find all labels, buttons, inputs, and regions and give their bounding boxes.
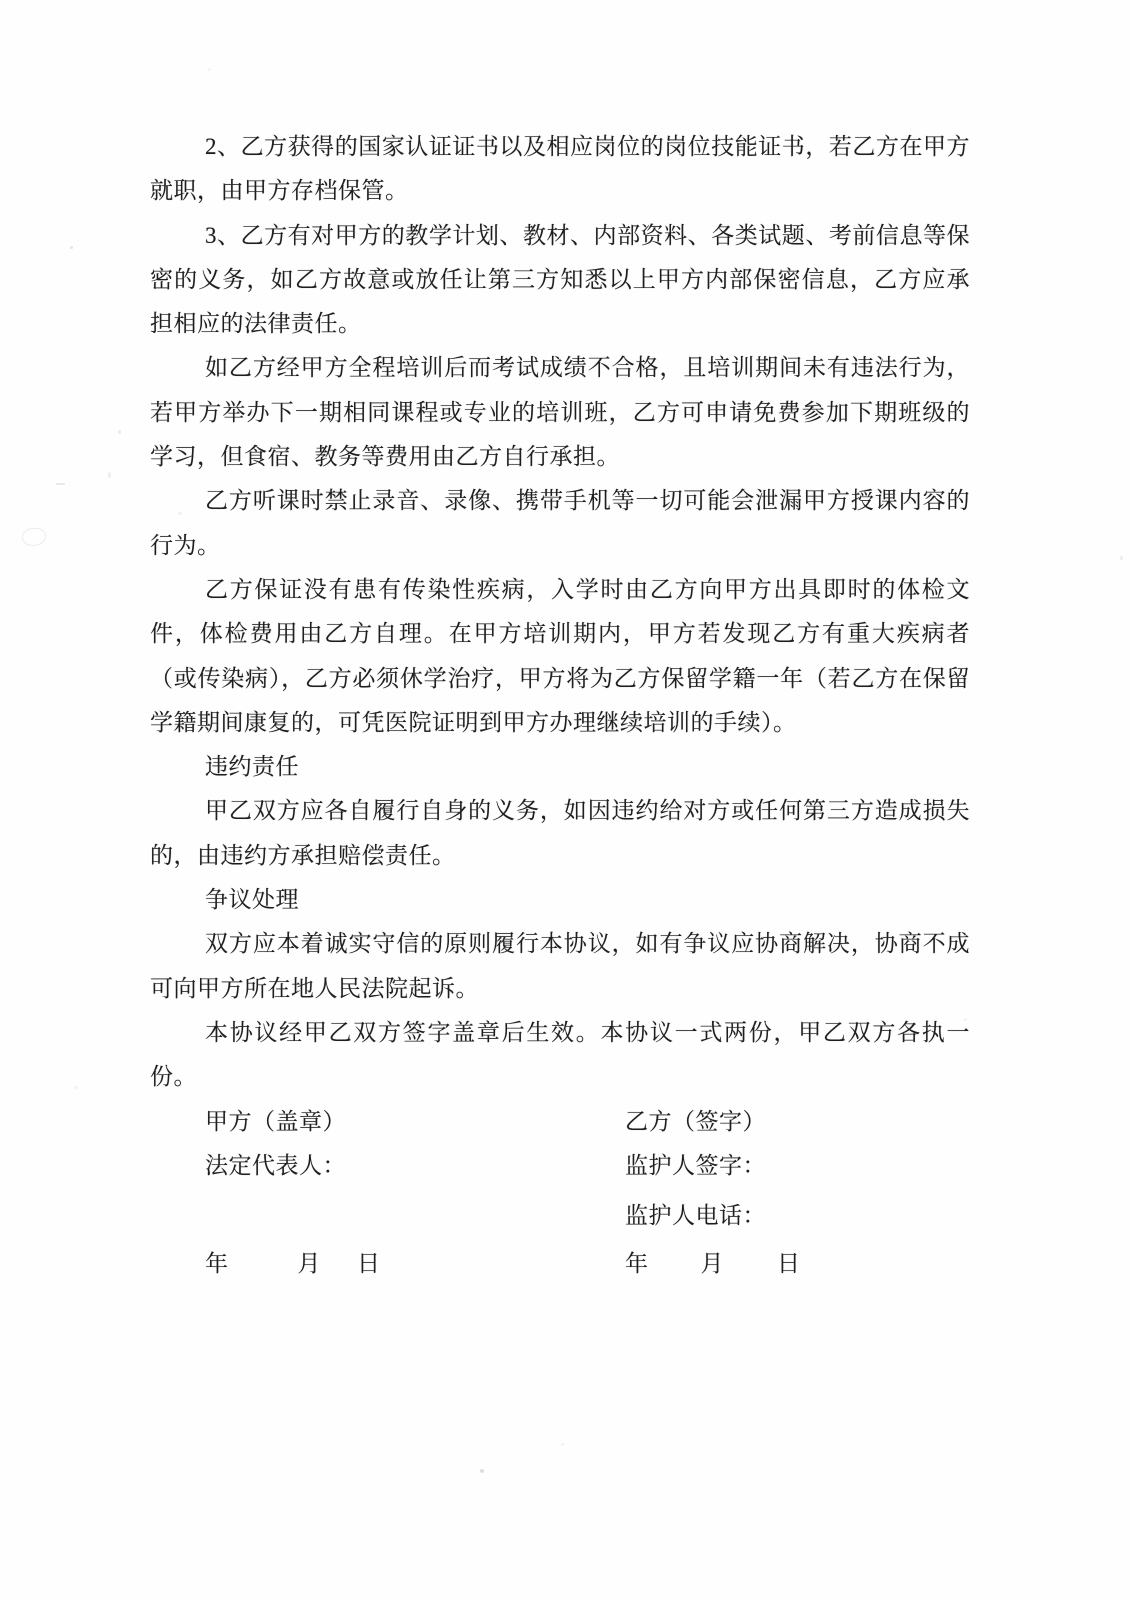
scan-speckle [178, 512, 182, 515]
document-body: 2、乙方获得的国家认证证书以及相应岗位的岗位技能证书，若乙方在甲方就职，由甲方存… [150, 125, 970, 1287]
day-label: 日 [357, 1242, 381, 1286]
scan-speckle [70, 246, 73, 249]
scan-speckle [561, 1443, 564, 1446]
day-label: 日 [777, 1242, 801, 1286]
signature-row-parties: 甲方（盖章） 乙方（签字） [150, 1100, 970, 1144]
clause-health-requirements: 乙方保证没有患有传染性疾病，入学时由乙方向甲方出具即时的体检文件，体检费用由乙方… [150, 568, 970, 745]
signature-row-dates: 年月日 年月日 [150, 1242, 970, 1286]
signature-row-phone: 监护人电话： [150, 1194, 970, 1238]
signature-block: 甲方（盖章） 乙方（签字） 法定代表人： 监护人签字： 监护人电话： 年月日 年… [150, 1100, 970, 1287]
heading-dispute-resolution: 争议处理 [150, 878, 970, 922]
document-page: 2、乙方获得的国家认证证书以及相应岗位的岗位技能证书，若乙方在甲方就职，由甲方存… [0, 0, 1131, 1600]
scan-speckle [118, 430, 121, 434]
heading-breach-liability: 违约责任 [150, 745, 970, 789]
scan-speckle [208, 68, 211, 71]
scan-speckle [1120, 556, 1123, 560]
party-b-date-line: 年月日 [620, 1242, 970, 1286]
year-label: 年 [625, 1242, 649, 1286]
clause-3-confidentiality: 3、乙方有对甲方的教学计划、教材、内部资料、各类试题、考前信息等保密的义务，如乙… [150, 214, 970, 347]
clause-effectiveness: 本协议经甲乙双方签字盖章后生效。本协议一式两份，甲乙双方各执一份。 [150, 1011, 970, 1100]
month-label: 月 [701, 1242, 725, 1286]
party-a-seal-label: 甲方（盖章） [150, 1100, 620, 1144]
scan-speckle [108, 472, 111, 478]
scan-speckle [964, 1018, 967, 1021]
scan-speckle [480, 1469, 484, 1473]
guardian-phone-label: 监护人电话： [620, 1194, 970, 1238]
empty-cell [150, 1194, 620, 1238]
scan-speckle [74, 1086, 78, 1089]
clause-dispute-resolution: 双方应本着诚实守信的原则履行本协议，如有争议应协商解决，协商不成可向甲方所在地人… [150, 922, 970, 1011]
clause-breach-liability: 甲乙双方应各自履行自身的义务，如因违约给对方或任何第三方造成损失的，由违约方承担… [150, 789, 970, 878]
clause-retake-policy: 如乙方经甲方全程培训后而考试成绩不合格，且培训期间未有违法行为，若甲方举办下一期… [150, 346, 970, 479]
scan-speckle [56, 483, 65, 485]
party-a-date-line: 年月日 [150, 1242, 620, 1286]
year-label: 年 [205, 1242, 229, 1286]
legal-representative-label: 法定代表人： [150, 1144, 620, 1188]
clause-recording-ban: 乙方听课时禁止录音、录像、携带手机等一切可能会泄漏甲方授课内容的行为。 [150, 479, 970, 568]
signature-row-representatives: 法定代表人： 监护人签字： [150, 1144, 970, 1188]
scan-smudge [22, 528, 46, 546]
month-label: 月 [298, 1242, 322, 1286]
party-b-sign-label: 乙方（签字） [620, 1100, 970, 1144]
clause-2-certificates: 2、乙方获得的国家认证证书以及相应岗位的岗位技能证书，若乙方在甲方就职，由甲方存… [150, 125, 970, 214]
guardian-signature-label: 监护人签字： [620, 1144, 970, 1188]
